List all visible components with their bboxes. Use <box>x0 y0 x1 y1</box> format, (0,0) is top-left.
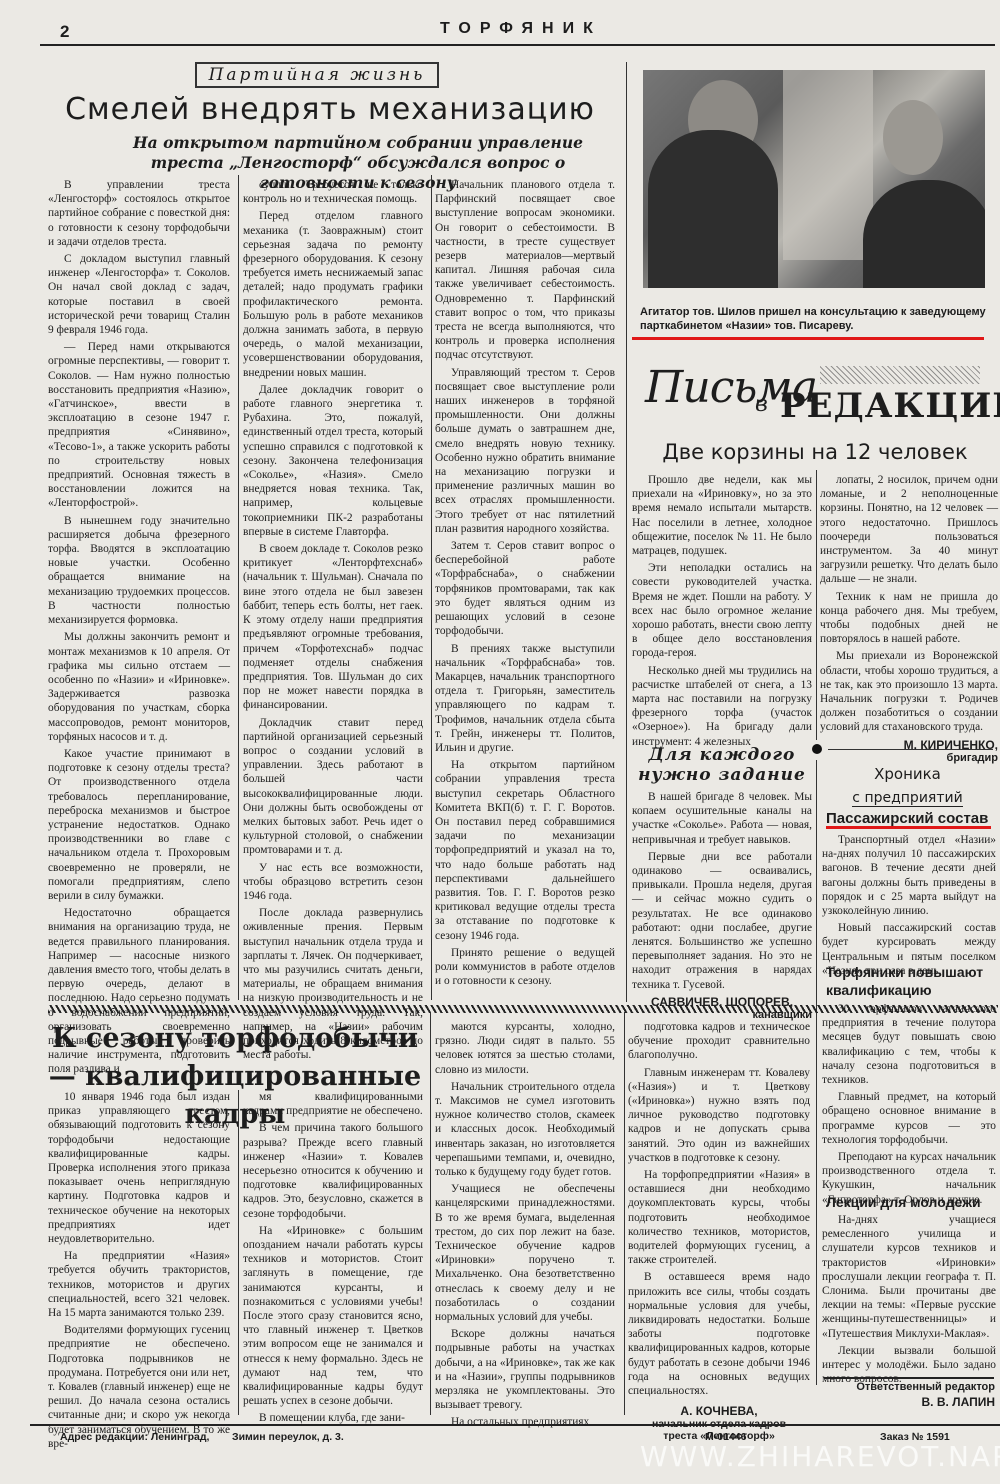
paragraph: В управлении треста «Ленгосторф» состоял… <box>48 178 230 249</box>
photo-agitator-consultation <box>643 70 985 288</box>
paragraph: Мы приехали из Воронежской области, чтоб… <box>820 649 998 734</box>
paragraph: — Перед нами открываются огромные перспе… <box>48 340 230 510</box>
paragraph: В нашей бригаде 8 человек. Мы копаем осу… <box>632 790 812 847</box>
paragraph: У нас есть все возможности, чтобы образц… <box>243 861 423 904</box>
banner-block: РЕДАКЦИЮ <box>780 386 1000 426</box>
paragraph: сушки. Требуется не только контроль но и… <box>243 178 423 206</box>
column-divider <box>431 175 432 1000</box>
paragraph: Мы должны закончить ремонт и монтаж меха… <box>48 630 230 744</box>
editor-label: Ответственный редактор <box>820 1380 995 1395</box>
paragraph: В чем причина такого большого разрыва? П… <box>243 1121 423 1220</box>
paragraph: В нынешнем году значительно расширяется … <box>48 514 230 628</box>
article-title: Смелей внедрять механизацию <box>40 92 620 127</box>
chronicle-title: Хроника <box>820 765 995 783</box>
paragraph: Главный предмет, на который обращено осн… <box>822 1090 996 1147</box>
paragraph: Прошло две недели, как мы приехали на «И… <box>632 473 812 558</box>
letter1-column-1: Прошло две недели, как мы приехали на «И… <box>632 473 812 752</box>
chronicle-item-title: Торфяники повышают квалификацию <box>826 963 996 999</box>
footer-address-label: Адрес редакции: Ленинград, <box>60 1431 209 1443</box>
editor-name: В. В. ЛАПИН <box>820 1395 995 1410</box>
paragraph: Какое участие принимают в подготовке к с… <box>48 747 230 903</box>
paragraph: подготовка кадров и техническое обучение… <box>628 1020 810 1063</box>
paragraph: Управляющий трестом т. Серов посвящает с… <box>435 366 615 536</box>
paragraph: Первые дни все работали одинаково — осва… <box>632 850 812 992</box>
header-rule <box>40 44 995 46</box>
paragraph: Главным инженерам тт. Ковалеву («Назия»)… <box>628 1066 810 1165</box>
mountains-decoration <box>820 366 980 384</box>
red-underline <box>826 826 991 829</box>
paragraph: С докладом выступил главный инженер «Лен… <box>48 252 230 337</box>
chronicle-subtitle: с предприятий <box>820 790 995 806</box>
chronicle-item-body: На-днях учащиеся ремесленного училища и … <box>822 1213 996 1389</box>
paragraph: На торфопредприятии «Назия» в оставшиеся… <box>628 1168 810 1267</box>
column-divider <box>238 175 239 1000</box>
footer-address-street: Зимин переулок, д. 3. <box>232 1431 344 1443</box>
rubric-box: Партийная жизнь <box>195 62 439 88</box>
letter-signature-role: бригадир <box>820 752 998 764</box>
article-column-1: В управлении треста «Ленгосторф» состоял… <box>48 178 230 1080</box>
paragraph: В своем докладе т. Соколов резко критику… <box>243 542 423 712</box>
paragraph: Эти неполадки остались на совести руково… <box>632 561 812 660</box>
divider <box>824 1377 994 1379</box>
paragraph: лопаты, 2 носилок, причем одни ломаные, … <box>820 473 998 587</box>
photo-caption: Агитатор тов. Шилов пришел на консультац… <box>640 305 990 333</box>
paragraph: На остальных предприятиях <box>435 1415 615 1429</box>
photo-person-right-head <box>883 100 943 175</box>
section-divider <box>626 62 627 1002</box>
article2-column-2: мя квалифицированными кадрами предприяти… <box>243 1090 423 1429</box>
paragraph: маются курсанты, холодно, грязно. Люди с… <box>435 1020 615 1077</box>
paragraph: Транспортный отдел «Назии» на-днях получ… <box>822 833 996 918</box>
photo-map-background <box>783 70 873 260</box>
paragraph: На предприятии «Назия» требуется обучить… <box>48 1249 230 1320</box>
column-divider <box>238 1090 239 1415</box>
letter-title: Для каждого нужно задание <box>632 745 812 785</box>
paragraph: мя квалифицированными кадрами предприяти… <box>243 1090 423 1118</box>
page-number: 2 <box>60 22 69 42</box>
paragraph: Вскоре должны начаться подрывные работы … <box>435 1327 615 1412</box>
paragraph: Докладчик ставит перед партийной организ… <box>243 716 423 858</box>
column-divider <box>816 760 817 1385</box>
paragraph: Техник к нам не пришла до конца рабочего… <box>820 590 998 647</box>
divider <box>828 749 993 750</box>
letter1-column-2: лопаты, 2 носилок, причем одни ломаные, … <box>820 473 998 764</box>
paragraph: Перед отделом главного механика (т. Заов… <box>243 209 423 379</box>
letters-banner: Письма в РЕДАКЦИЮ <box>645 362 985 432</box>
watermark: WWW.ZHIHAREVOT.NAROD.RU <box>640 1440 1000 1473</box>
article-signature: А. КОЧНЕВА, <box>628 1404 810 1418</box>
paragraph: В оставшееся время надо приложить все си… <box>628 1270 810 1398</box>
paragraph: Далее докладчик говорит о работе главног… <box>243 383 423 539</box>
paragraph: В прениях также выступили начальник «Тор… <box>435 642 615 756</box>
paragraph: Учащиеся не обеспечены канцелярскими при… <box>435 1182 615 1324</box>
paragraph: На «Ириновке» с большим опозданием начал… <box>243 1224 423 1409</box>
paragraph: Затем т. Серов ставит вопрос о бесперебо… <box>435 539 615 638</box>
red-underline <box>632 337 984 340</box>
chronicle-item-body: 30 торфяников гатчинского предприятия в … <box>822 1002 996 1210</box>
paragraph: 30 торфяников гатчинского предприятия в … <box>822 1002 996 1087</box>
chronicle-subtitle-text: с предприятий <box>852 790 962 807</box>
masthead: ТОРФЯНИК <box>440 20 602 38</box>
zigzag-divider <box>48 1005 998 1013</box>
letter2-body: В нашей бригаде 8 человек. Мы копаем осу… <box>632 790 812 1021</box>
paragraph: 10 января 1946 года был издан приказ упр… <box>48 1090 230 1246</box>
column-divider <box>816 470 817 740</box>
article-column-2: сушки. Требуется не только контроль но и… <box>243 178 423 1065</box>
letter-title: Две корзины на 12 человек <box>630 440 1000 464</box>
banner-small: в <box>755 392 768 417</box>
bullet-dot-icon <box>812 744 822 754</box>
column-divider <box>624 1012 625 1415</box>
photo-person-right <box>863 180 985 288</box>
article2-column-1: 10 января 1946 года был издан приказ упр… <box>48 1090 230 1454</box>
chronicle-item-title: Лекции для молодежи <box>826 1193 996 1211</box>
editor-block: Ответственный редактор В. В. ЛАПИН <box>820 1380 995 1410</box>
paragraph: Несколько дней мы трудились на расчистке… <box>632 664 812 749</box>
column-divider <box>430 1012 431 1415</box>
photo-person-left <box>648 130 778 288</box>
footer-rule <box>30 1424 1000 1426</box>
paragraph: Начальник планового отдела т. Парфинский… <box>435 178 615 363</box>
article-column-3: Начальник планового отдела т. Парфинский… <box>435 178 615 991</box>
chronicle-item-body: Транспортный отдел «Назии» на-днях получ… <box>822 833 996 981</box>
paragraph: Принято решение о ведущей роли коммунист… <box>435 946 615 989</box>
paragraph: На-днях учащиеся ремесленного училища и … <box>822 1213 996 1341</box>
article2-column-4: подготовка кадров и техническое обучение… <box>628 1020 810 1442</box>
paragraph: На открытом партийном собрании управлени… <box>435 758 615 943</box>
article2-column-3: маются курсанты, холодно, грязно. Люди с… <box>435 1020 615 1433</box>
paragraph: Начальник строительного отдела т. Максим… <box>435 1080 615 1179</box>
